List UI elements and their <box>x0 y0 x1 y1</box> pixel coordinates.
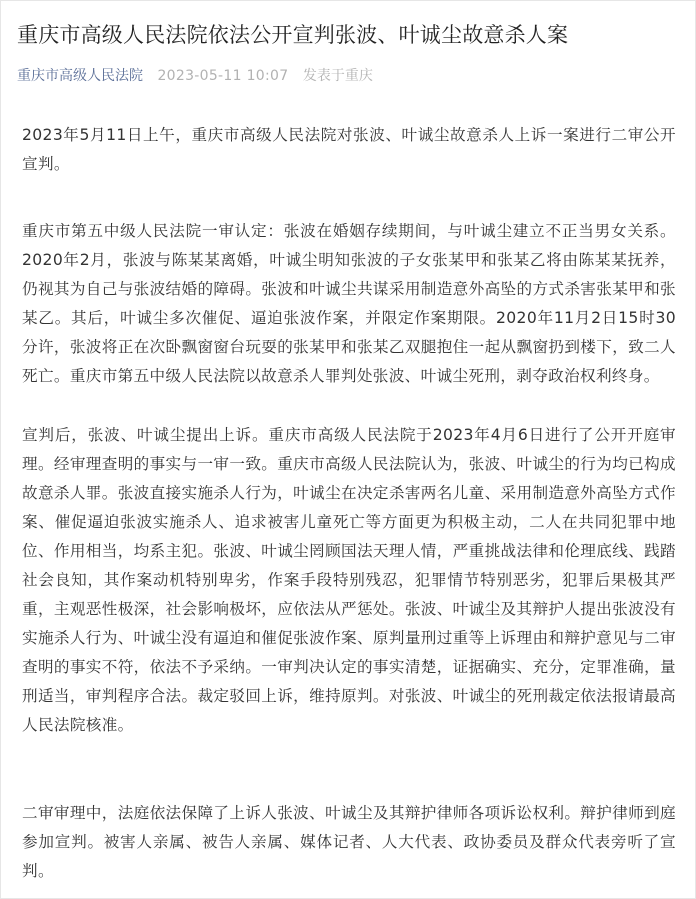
paragraph-trial-rights: 二审审理中，法庭依法保障了上诉人张波、叶诚尘及其辩护律师各项诉讼权利。辩护律师到… <box>22 799 676 886</box>
article-title: 重庆市高级人民法院依法公开宣判张波、叶诚尘故意杀人案 <box>17 19 568 49</box>
author-link[interactable]: 重庆市高级人民法院 <box>17 68 143 84</box>
paragraph-first-instance: 重庆市第五中级人民法院一审认定：张波在婚姻存续期间，与叶诚尘建立不正当男女关系。… <box>22 217 676 391</box>
article-page: 重庆市高级人民法院依法公开宣判张波、叶诚尘故意杀人案 重庆市高级人民法院 202… <box>0 0 696 899</box>
article-meta: 重庆市高级人民法院 2023-05-11 10:07 发表于重庆 <box>17 65 373 85</box>
paragraph-appeal-ruling: 宣判后，张波、叶诚尘提出上诉。重庆市高级人民法院于2023年4月6日进行了公开开… <box>22 421 676 740</box>
paragraph-intro: 2023年5月11日上午，重庆市高级人民法院对张波、叶诚尘故意杀人上诉一案进行二… <box>22 121 676 179</box>
publish-location: 发表于重庆 <box>303 68 373 84</box>
publish-time: 2023-05-11 10:07 <box>157 68 288 84</box>
